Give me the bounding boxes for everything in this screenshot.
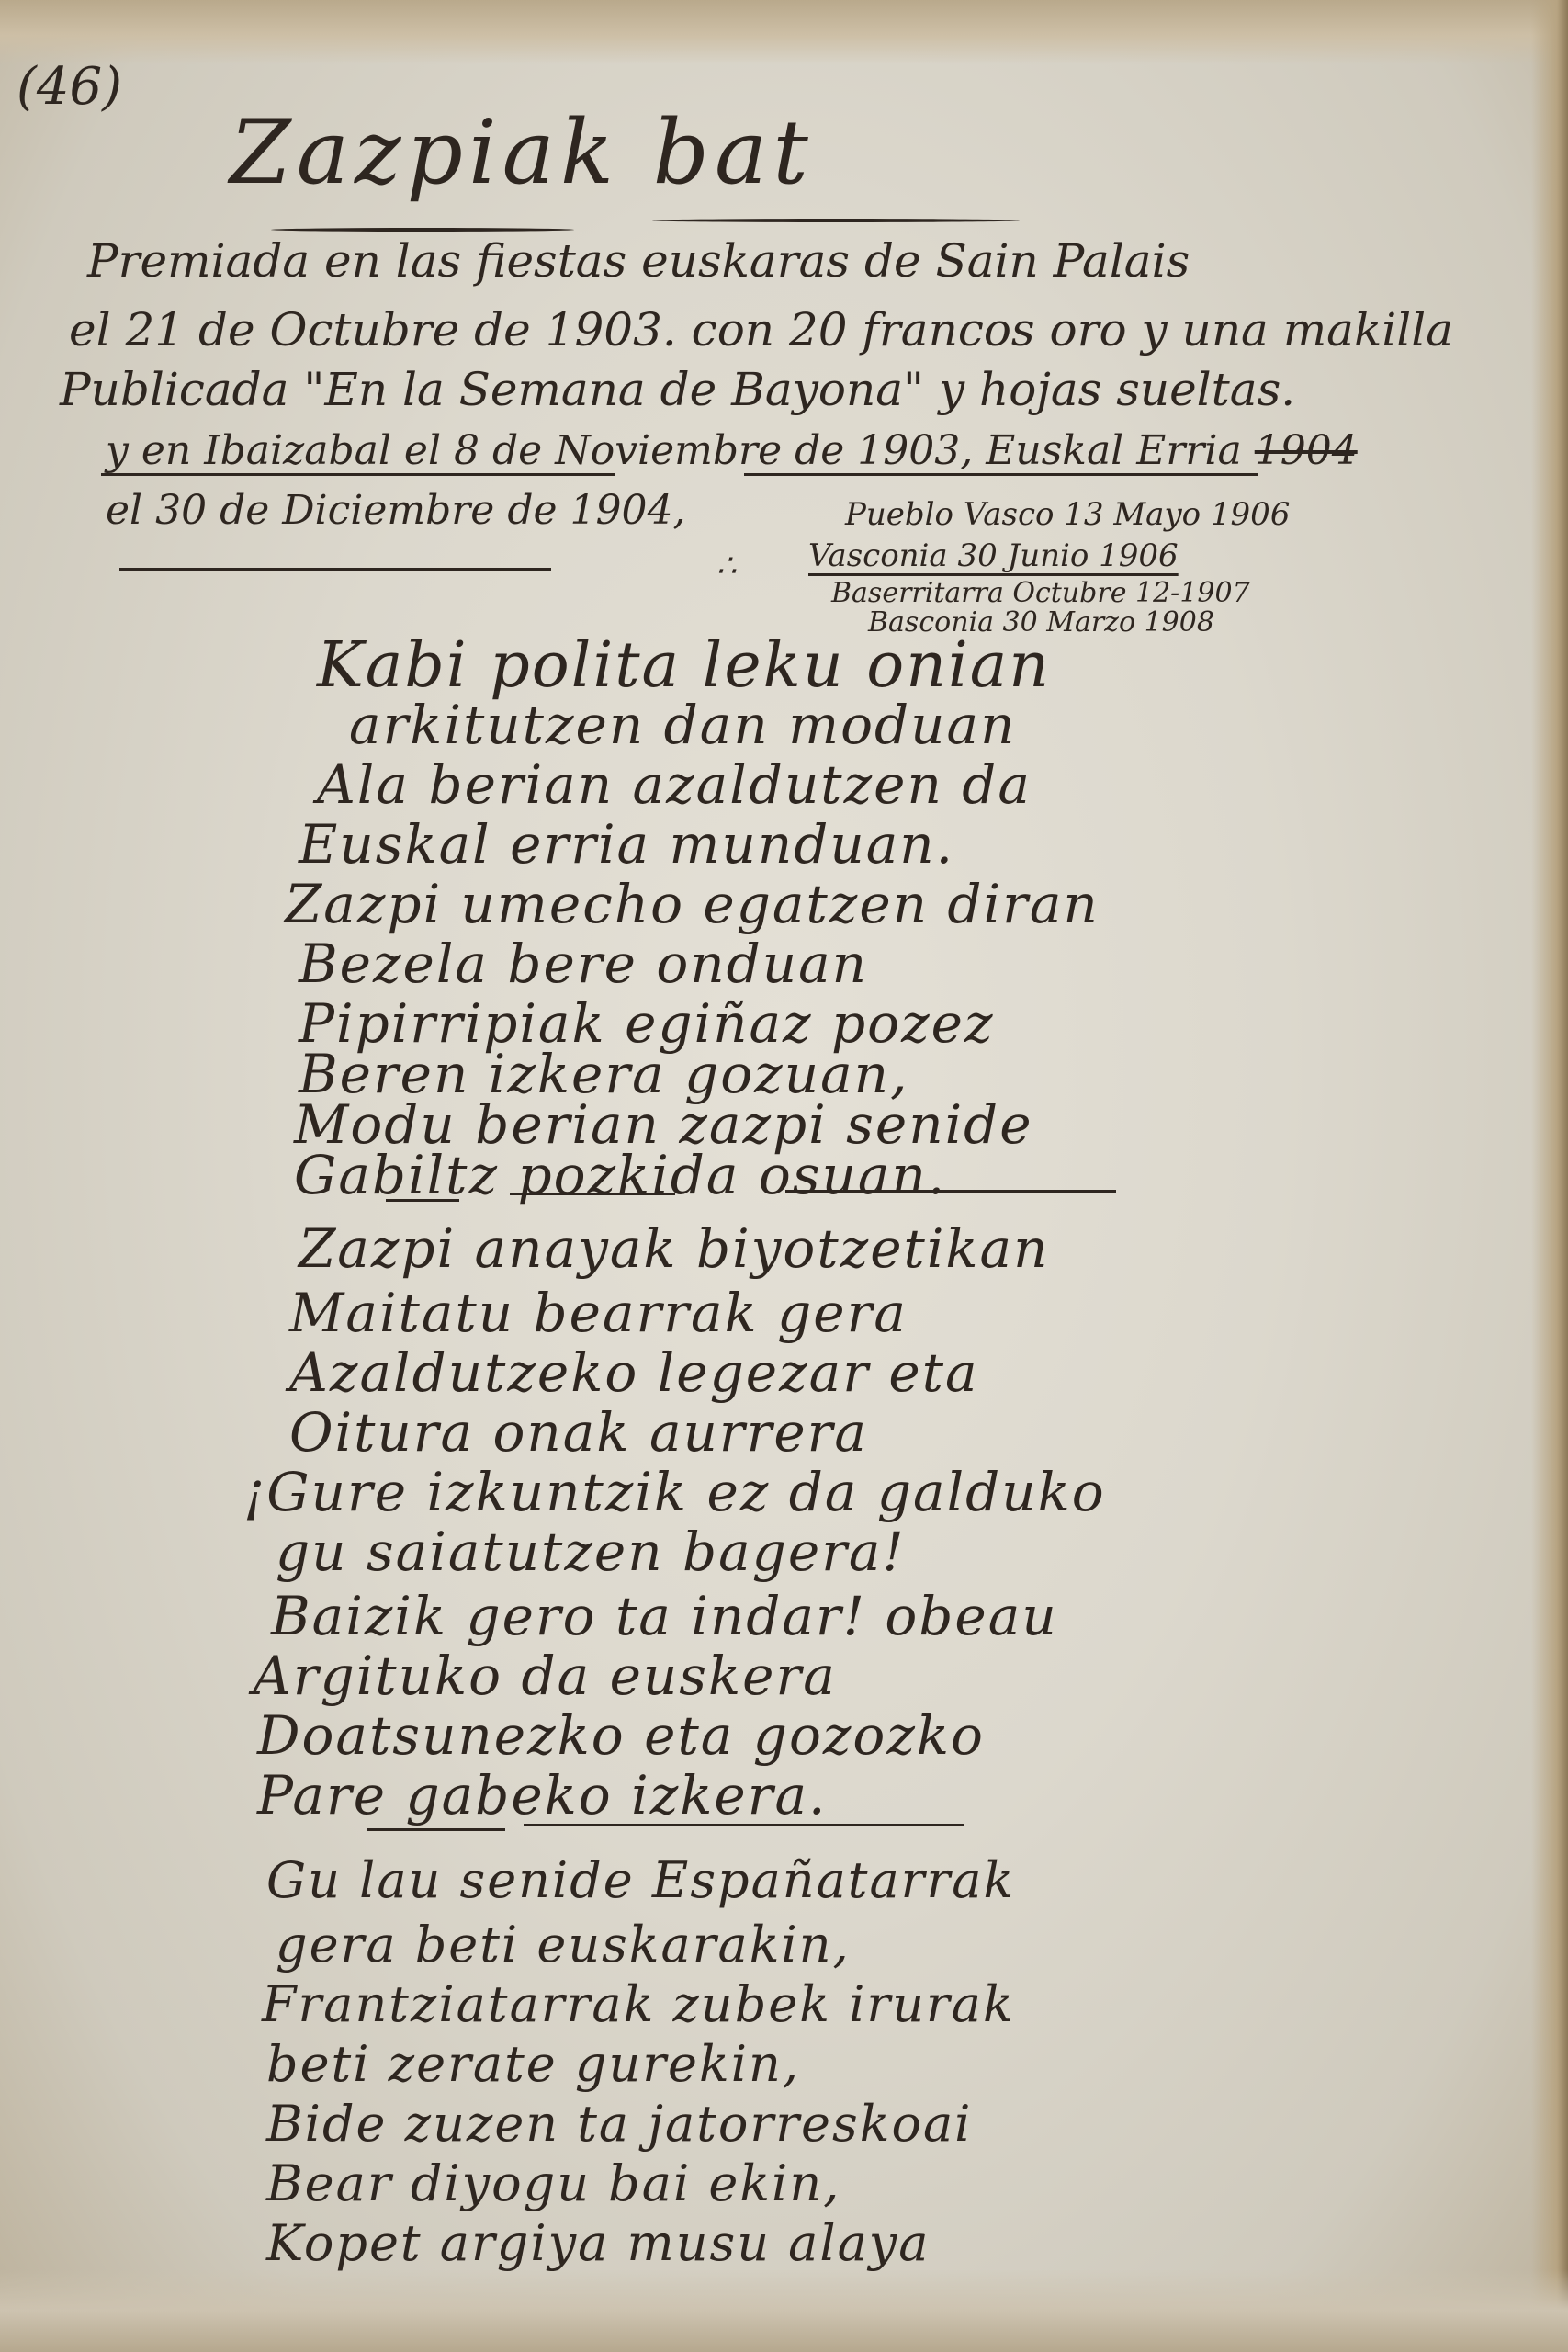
- verse-line: gera beti euskarakin,: [276, 1916, 851, 1973]
- paper-bottom-edge: [0, 2269, 1568, 2352]
- stanza-divider-right-2: [524, 1824, 964, 1826]
- stanza-divider-mid: [510, 1193, 675, 1195]
- stanza-divider-right: [785, 1190, 1116, 1193]
- paper-top-edge: [0, 0, 1568, 64]
- struck-text: 1904: [1255, 427, 1358, 474]
- verse-line: Zazpi umecho egatzen diran: [285, 873, 1100, 935]
- verse-line: Bezela bere onduan: [299, 933, 868, 995]
- verse-line: Azaldutzeko legezar eta: [289, 1341, 979, 1404]
- header-note-3: Publicada "En la Semana de Bayona" y hoj…: [60, 363, 1295, 416]
- verse-line: beti zerate gurekin,: [266, 2035, 800, 2093]
- verse-line: Bide zuzen ta jatorreskoai: [266, 2095, 972, 2153]
- publication-pueblo-vasco: Pueblo Vasco 13 Mayo 1906: [845, 496, 1290, 533]
- publication-baserritarra: Baserritarra Octubre 12-1907: [831, 577, 1250, 609]
- verse-line: Kabi polita leku onian: [317, 629, 1051, 702]
- publication-rule-right: [744, 473, 1258, 476]
- verse-line: Argituko da euskera: [253, 1645, 837, 1707]
- separator-rule-left: [119, 568, 551, 571]
- stanza-divider-left-2: [367, 1828, 505, 1831]
- verse-line: Gu lau senide Españatarrak: [266, 1851, 1015, 1909]
- title-underline-right: [652, 219, 1020, 222]
- publication-line-2: el 30 de Diciembre de 1904,: [106, 487, 685, 534]
- verse-line: Ala berian azaldutzen da: [317, 753, 1032, 816]
- verse-line: Bear diyogu bai ekin,: [266, 2154, 840, 2212]
- verse-line: gu saiatutzen bagera!: [276, 1521, 906, 1583]
- verse-line: Frantziatarrak zubek irurak: [262, 1975, 1015, 2033]
- verse-line: Gabiltz pozkida osuan.: [294, 1144, 946, 1206]
- verse-line: Pare gabeko izkera.: [257, 1764, 827, 1826]
- separator-mark: ∴: [716, 548, 737, 584]
- page-title: Zazpiak bat: [230, 101, 814, 204]
- page-number: (46): [17, 57, 122, 117]
- publication-line-1-text: y en Ibaizabal el 8 de Noviembre de 1903…: [106, 427, 1242, 474]
- header-note-1: Premiada en las fiestas euskaras de Sain…: [87, 234, 1190, 288]
- verse-line: Zazpi anayak biyotzetikan: [299, 1217, 1049, 1280]
- manuscript-page: (46) Zazpiak bat Premiada en las fiestas…: [0, 0, 1568, 2352]
- publication-vasconia-1906: Vasconia 30 Junio 1906: [808, 537, 1179, 574]
- publication-rule-left: [101, 473, 615, 476]
- verse-line: arkitutzen dan moduan: [349, 694, 1016, 756]
- verse-line: Oitura onak aurrera: [289, 1401, 868, 1464]
- verse-line: Doatsunezko eta gozozko: [257, 1704, 985, 1767]
- verse-line: ¡Gure izkuntzik ez da galduko: [243, 1461, 1106, 1523]
- paper-right-edge: [1531, 0, 1568, 2352]
- verse-line: Maitatu bearrak gera: [289, 1282, 908, 1344]
- verse-line: Baizik gero ta indar! obeau: [271, 1585, 1058, 1647]
- verse-line: Euskal erria munduan.: [299, 813, 954, 876]
- publication-line-1: y en Ibaizabal el 8 de Noviembre de 1903…: [106, 427, 1358, 474]
- title-underline-left: [271, 228, 574, 232]
- verse-line: Kopet argiya musu alaya: [266, 2214, 931, 2272]
- stanza-divider-left: [386, 1199, 459, 1202]
- header-note-2: el 21 de Octubre de 1903. con 20 francos…: [69, 303, 1453, 356]
